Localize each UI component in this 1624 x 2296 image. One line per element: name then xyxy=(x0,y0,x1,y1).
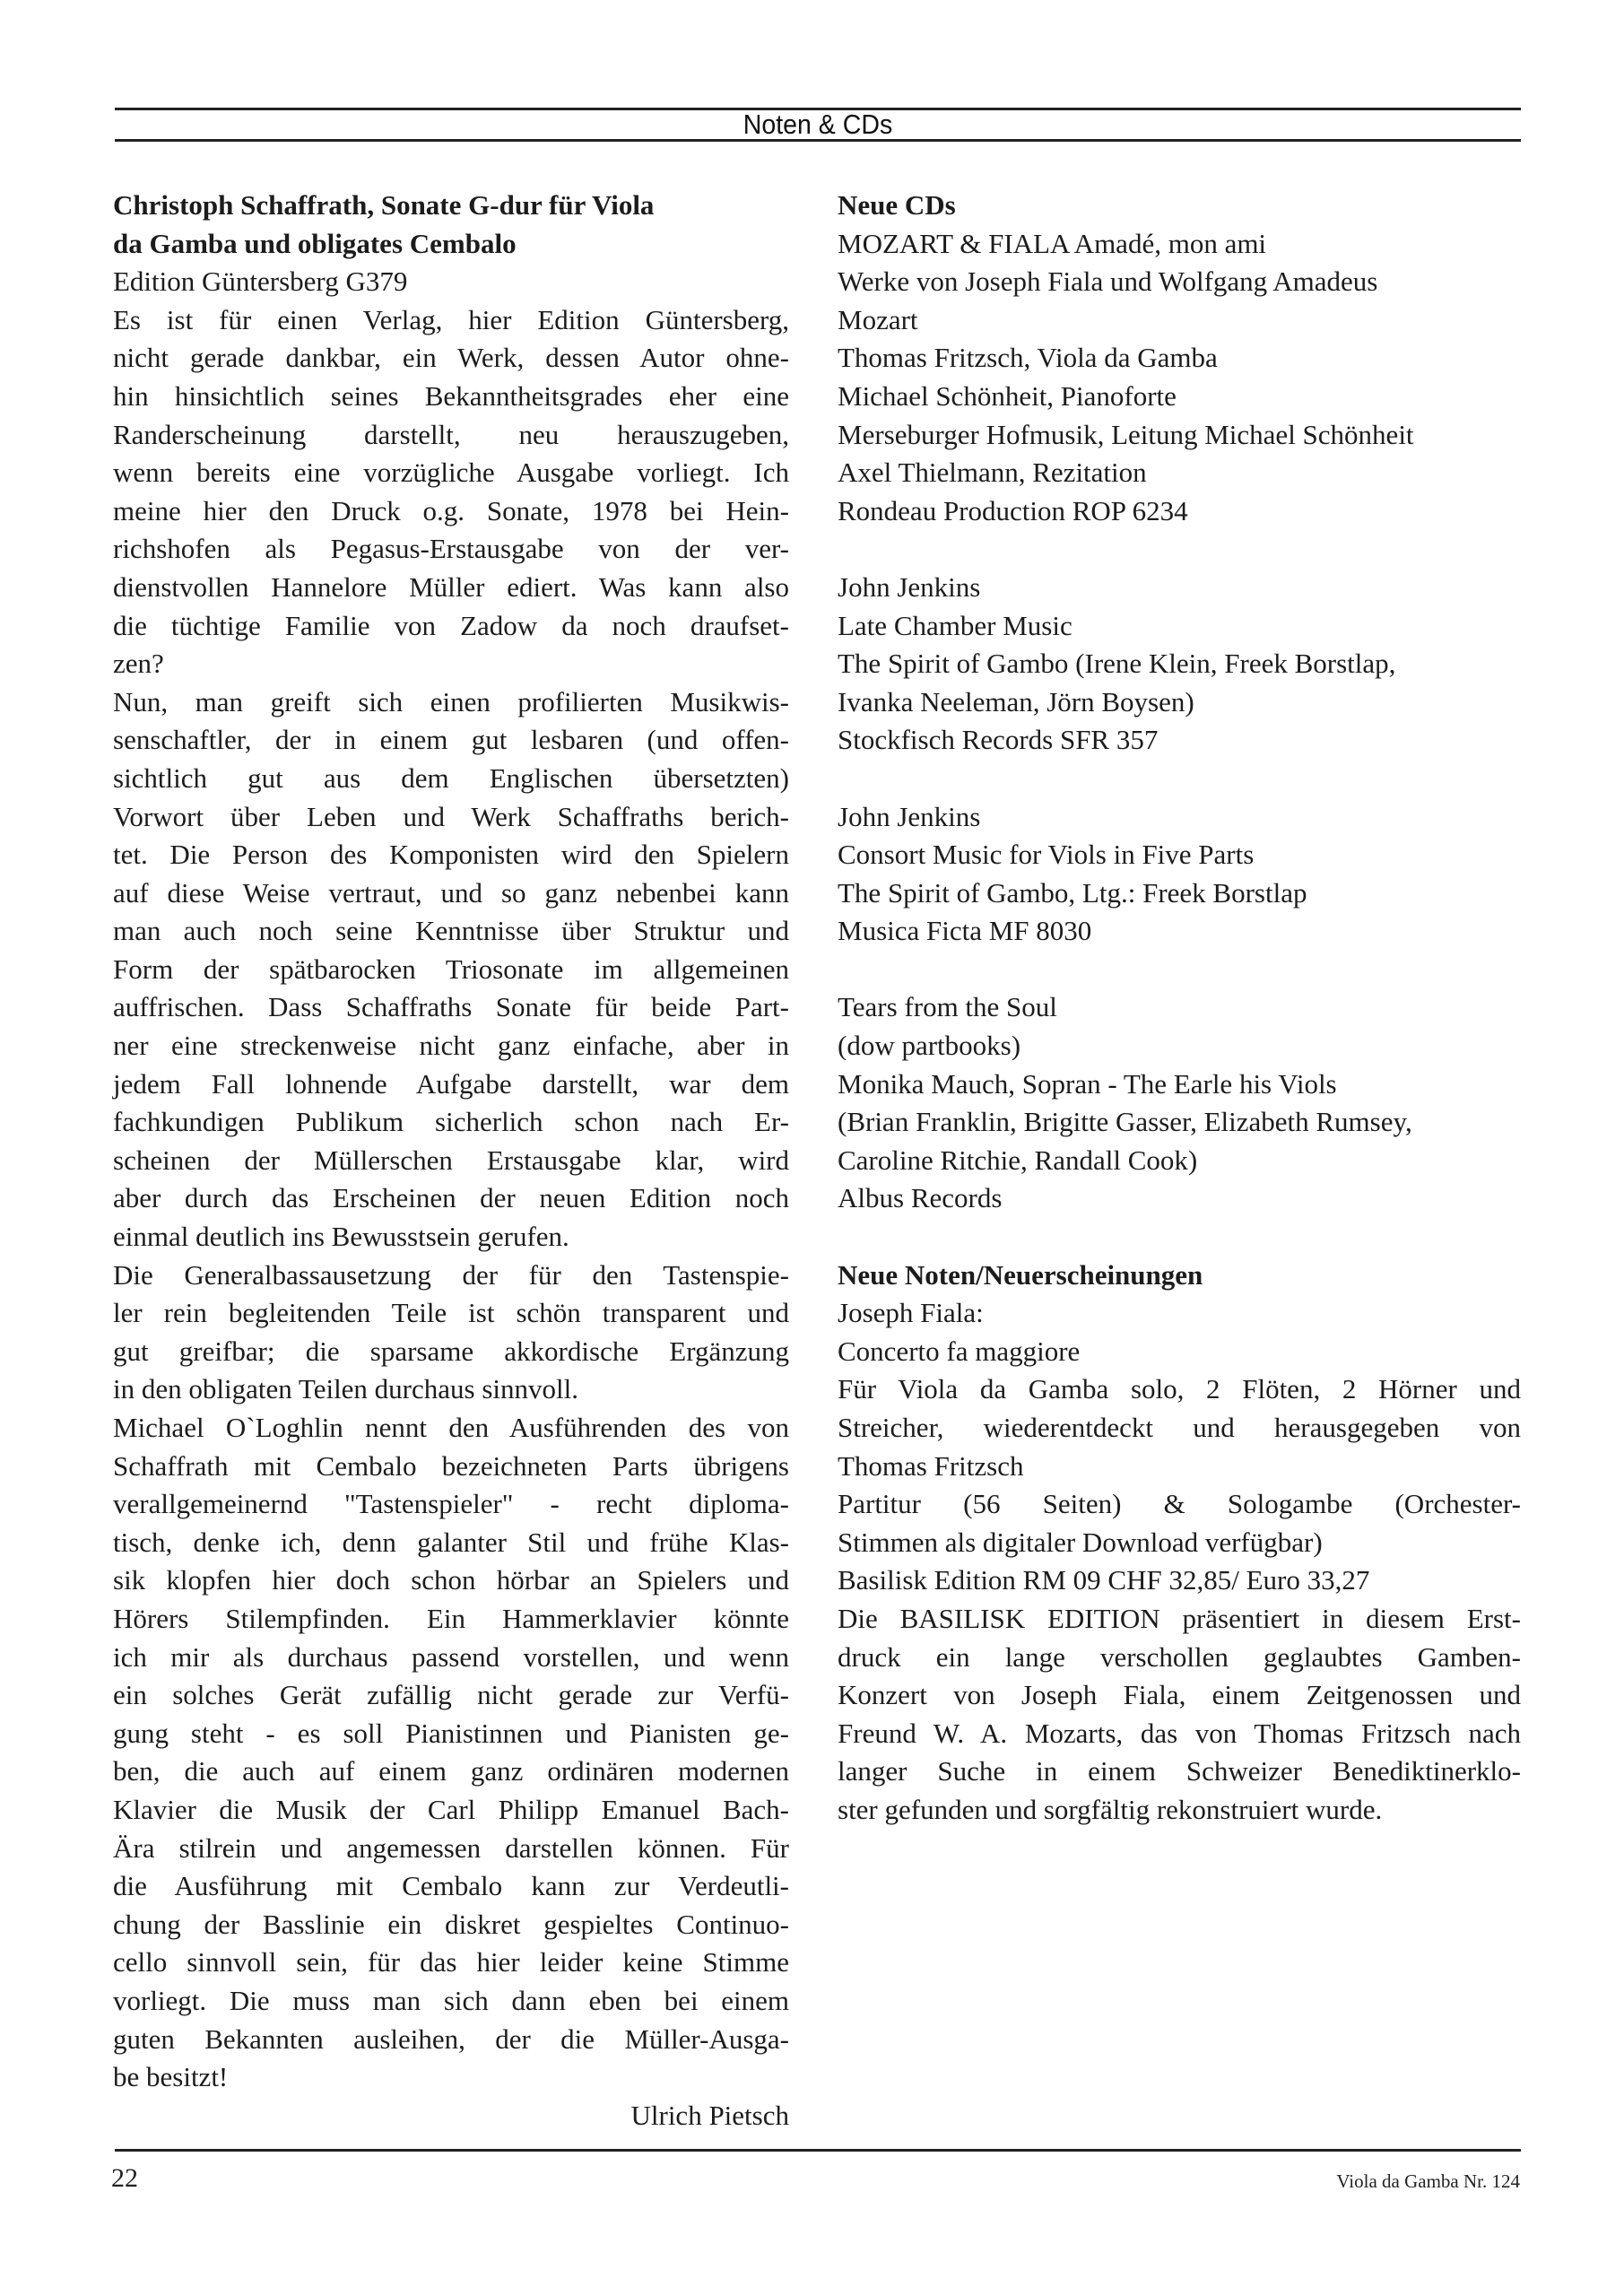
review-body-line: Michael O`Loghlin nennt den Ausführenden… xyxy=(113,1409,789,1448)
review-body-line: verallgemeinernd "Tastenspieler" - recht… xyxy=(113,1485,789,1524)
noten-line: Concerto fa maggiore xyxy=(838,1333,1521,1371)
review-body-line: Form der spätbarocken Triosonate im allg… xyxy=(113,951,789,989)
review-body-line: tisch, denke ich, denn galanter Stil und… xyxy=(113,1524,789,1562)
cd-entry-line: John Jenkins xyxy=(838,569,1521,607)
review-body-line: die Ausführung mit Cembalo kann zur Verd… xyxy=(113,1867,789,1906)
noten-line: Konzert von Joseph Fiala, einem Zeitgeno… xyxy=(838,1676,1521,1715)
cd-entry-line: Musica Ficta MF 8030 xyxy=(838,912,1521,951)
review-edition: Edition Güntersberg G379 xyxy=(113,263,789,301)
cd-entry-line: Mozart xyxy=(838,301,1521,340)
cd-entry: John JenkinsLate Chamber MusicThe Spirit… xyxy=(838,569,1521,760)
journal-name: Viola da Gamba Nr. 124 xyxy=(1336,2170,1520,2193)
review-body-line: man auch noch seine Kenntnisse über Stru… xyxy=(113,912,789,951)
review-body-line: ich mir als durchaus passend vorstellen,… xyxy=(113,1639,789,1677)
review-body: Es ist für einen Verlag, hier Edition Gü… xyxy=(113,301,789,2097)
review-body-line: meine hier den Druck o.g. Sonate, 1978 b… xyxy=(113,492,789,531)
header-rule-bottom xyxy=(115,139,1521,142)
review-body-line: ner eine streckenweise nicht ganz einfac… xyxy=(113,1027,789,1065)
review-column: Christoph Schaffrath, Sonate G-dur für V… xyxy=(113,187,789,2135)
review-body-line: guten Bekannten ausleihen, der die Mülle… xyxy=(113,2021,789,2059)
noten-line: Basilisk Edition RM 09 CHF 32,85/ Euro 3… xyxy=(838,1561,1521,1600)
cd-entry-line: John Jenkins xyxy=(838,798,1521,837)
noten-line: Partitur (56 Seiten) & Sologambe (Orches… xyxy=(838,1485,1521,1524)
cd-entry-line: Michael Schönheit, Pianoforte xyxy=(838,378,1521,416)
review-body-line: aber durch das Erscheinen der neuen Edit… xyxy=(113,1179,789,1218)
spacer xyxy=(838,1218,1521,1257)
review-body-line: die tüchtige Familie von Zadow da noch d… xyxy=(113,607,789,646)
review-body-line: richshofen als Pegasus-Erstausgabe von d… xyxy=(113,530,789,569)
review-body-line: scheinen der Müllerschen Erstausgabe kla… xyxy=(113,1142,789,1180)
review-body-line: Nun, man greift sich einen profilierten … xyxy=(113,683,789,722)
review-body-line: ein solches Gerät zufällig nicht gerade … xyxy=(113,1676,789,1715)
spacer xyxy=(838,530,1521,569)
review-body-line: Klavier die Musik der Carl Philipp Emanu… xyxy=(113,1791,789,1830)
cd-entry-line: The Spirit of Gambo, Ltg.: Freek Borstla… xyxy=(838,874,1521,913)
review-body-line: fachkundigen Publikum sicherlich schon n… xyxy=(113,1103,789,1142)
review-title-line: da Gamba und obligates Cembalo xyxy=(113,225,789,264)
review-body-line: in den obligaten Teilen durchaus sinnvol… xyxy=(113,1370,789,1409)
cd-entry-line: (Brian Franklin, Brigitte Gasser, Elizab… xyxy=(838,1103,1521,1142)
noten-line: Die BASILISK EDITION präsentiert in dies… xyxy=(838,1600,1521,1639)
listings-column: Neue CDs MOZART & FIALA Amadé, mon amiWe… xyxy=(838,187,1521,1830)
review-body-line: hin hinsichtlich seines Bekanntheitsgrad… xyxy=(113,378,789,416)
review-title-line: Christoph Schaffrath, Sonate G-dur für V… xyxy=(113,187,789,225)
noten-line: druck ein lange verschollen geglaubtes G… xyxy=(838,1639,1521,1677)
review-body-line: be besitzt! xyxy=(113,2058,789,2097)
noten-line: Thomas Fritzsch xyxy=(838,1448,1521,1486)
review-body-line: senschaftler, der in einem gut lesbaren … xyxy=(113,721,789,760)
page-number: 22 xyxy=(111,2163,138,2194)
cd-entry-line: Stockfisch Records SFR 357 xyxy=(838,721,1521,760)
review-body-line: Schaffrath mit Cembalo bezeichneten Part… xyxy=(113,1448,789,1486)
review-body-line: jedem Fall lohnende Aufgabe darstellt, w… xyxy=(113,1065,789,1104)
cd-entry-line: The Spirit of Gambo (Irene Klein, Freek … xyxy=(838,645,1521,683)
review-body-line: zen? xyxy=(113,645,789,683)
review-body-line: wenn bereits eine vorzügliche Ausgabe vo… xyxy=(113,454,789,492)
cd-list: MOZART & FIALA Amadé, mon amiWerke von J… xyxy=(838,225,1521,1218)
review-body-line: cello sinnvoll sein, für das hier leider… xyxy=(113,1944,789,1982)
noten-line: Joseph Fiala: xyxy=(838,1294,1521,1333)
cd-entry-line: Tears from the Soul xyxy=(838,988,1521,1027)
review-author: Ulrich Pietsch xyxy=(113,2097,789,2135)
review-body-line: einmal deutlich ins Bewusstsein gerufen. xyxy=(113,1218,789,1257)
spacer xyxy=(838,760,1521,798)
review-body-line: Vorwort über Leben und Werk Schaffraths … xyxy=(113,798,789,837)
section-title: Noten & CDs xyxy=(171,109,1465,140)
review-body-line: gung steht - es soll Pianistinnen und Pi… xyxy=(113,1715,789,1753)
review-body-line: Hörers Stilempfinden. Ein Hammerklavier … xyxy=(113,1600,789,1639)
review-body-line: Es ist für einen Verlag, hier Edition Gü… xyxy=(113,301,789,340)
noten-line: Stimmen als digitaler Download verfügbar… xyxy=(838,1524,1521,1562)
review-body-line: tet. Die Person des Komponisten wird den… xyxy=(113,836,789,874)
review-body-line: ben, die auch auf einem ganz ordinären m… xyxy=(113,1752,789,1791)
cd-entry-line: Werke von Joseph Fiala und Wolfgang Amad… xyxy=(838,263,1521,301)
cd-entry: John JenkinsConsort Music for Viols in F… xyxy=(838,798,1521,951)
review-body-line: dienstvollen Hannelore Müller ediert. Wa… xyxy=(113,569,789,607)
noten-line: ster gefunden und sorgfältig rekonstruie… xyxy=(838,1791,1521,1830)
cd-entry-line: Thomas Fritzsch, Viola da Gamba xyxy=(838,339,1521,378)
noten-line: Freund W. A. Mozarts, das von Thomas Fri… xyxy=(838,1715,1521,1753)
neue-cds-heading: Neue CDs xyxy=(838,187,1521,225)
review-body-line: gut greifbar; die sparsame akkordische E… xyxy=(113,1333,789,1371)
neue-noten-heading: Neue Noten/Neuerscheinungen xyxy=(838,1257,1521,1295)
review-body-line: ler rein begleitenden Teile ist schön tr… xyxy=(113,1294,789,1333)
footer-rule xyxy=(115,2149,1521,2152)
cd-entry-line: Merseburger Hofmusik, Leitung Michael Sc… xyxy=(838,416,1521,455)
cd-entry-line: Late Chamber Music xyxy=(838,607,1521,646)
cd-entry-line: Rondeau Production ROP 6234 xyxy=(838,492,1521,531)
review-body-line: sik klopfen hier doch schon hörbar an Sp… xyxy=(113,1561,789,1600)
cd-entry-line: Albus Records xyxy=(838,1179,1521,1218)
cd-entry-line: Caroline Ritchie, Randall Cook) xyxy=(838,1142,1521,1180)
review-body-line: Randerscheinung darstellt, neu herauszug… xyxy=(113,416,789,455)
review-body-line: auffrischen. Dass Schaffraths Sonate für… xyxy=(113,988,789,1027)
cd-entry: Tears from the Soul(dow partbooks)Monika… xyxy=(838,988,1521,1218)
spacer xyxy=(838,951,1521,989)
cd-entry-line: (dow partbooks) xyxy=(838,1027,1521,1065)
noten-line: langer Suche in einem Schweizer Benedikt… xyxy=(838,1752,1521,1791)
cd-entry: MOZART & FIALA Amadé, mon amiWerke von J… xyxy=(838,225,1521,531)
review-body-line: sichtlich gut aus dem Englischen überset… xyxy=(113,760,789,798)
review-body-line: nicht gerade dankbar, ein Werk, dessen A… xyxy=(113,339,789,378)
noten-line: Streicher, wiederentdeckt und herausgege… xyxy=(838,1409,1521,1448)
review-body-line: Die Generalbassausetzung der für den Tas… xyxy=(113,1257,789,1295)
review-body-line: Ära stilrein und angemessen darstellen k… xyxy=(113,1830,789,1868)
review-body-line: auf diese Weise vertraut, und so ganz ne… xyxy=(113,874,789,913)
cd-entry-line: Ivanka Neeleman, Jörn Boysen) xyxy=(838,683,1521,722)
cd-entry-line: Axel Thielmann, Rezitation xyxy=(838,454,1521,492)
noten-line: Für Viola da Gamba solo, 2 Flöten, 2 Hör… xyxy=(838,1370,1521,1409)
cd-entry-line: Consort Music for Viols in Five Parts xyxy=(838,836,1521,874)
cd-entry-line: Monika Mauch, Sopran - The Earle his Vio… xyxy=(838,1065,1521,1104)
review-body-line: chung der Basslinie ein diskret gespielt… xyxy=(113,1906,789,1944)
noten-entry: Joseph Fiala:Concerto fa maggioreFür Vio… xyxy=(838,1294,1521,1829)
cd-entry-line: MOZART & FIALA Amadé, mon ami xyxy=(838,225,1521,264)
review-body-line: vorliegt. Die muss man sich dann eben be… xyxy=(113,1982,789,2021)
